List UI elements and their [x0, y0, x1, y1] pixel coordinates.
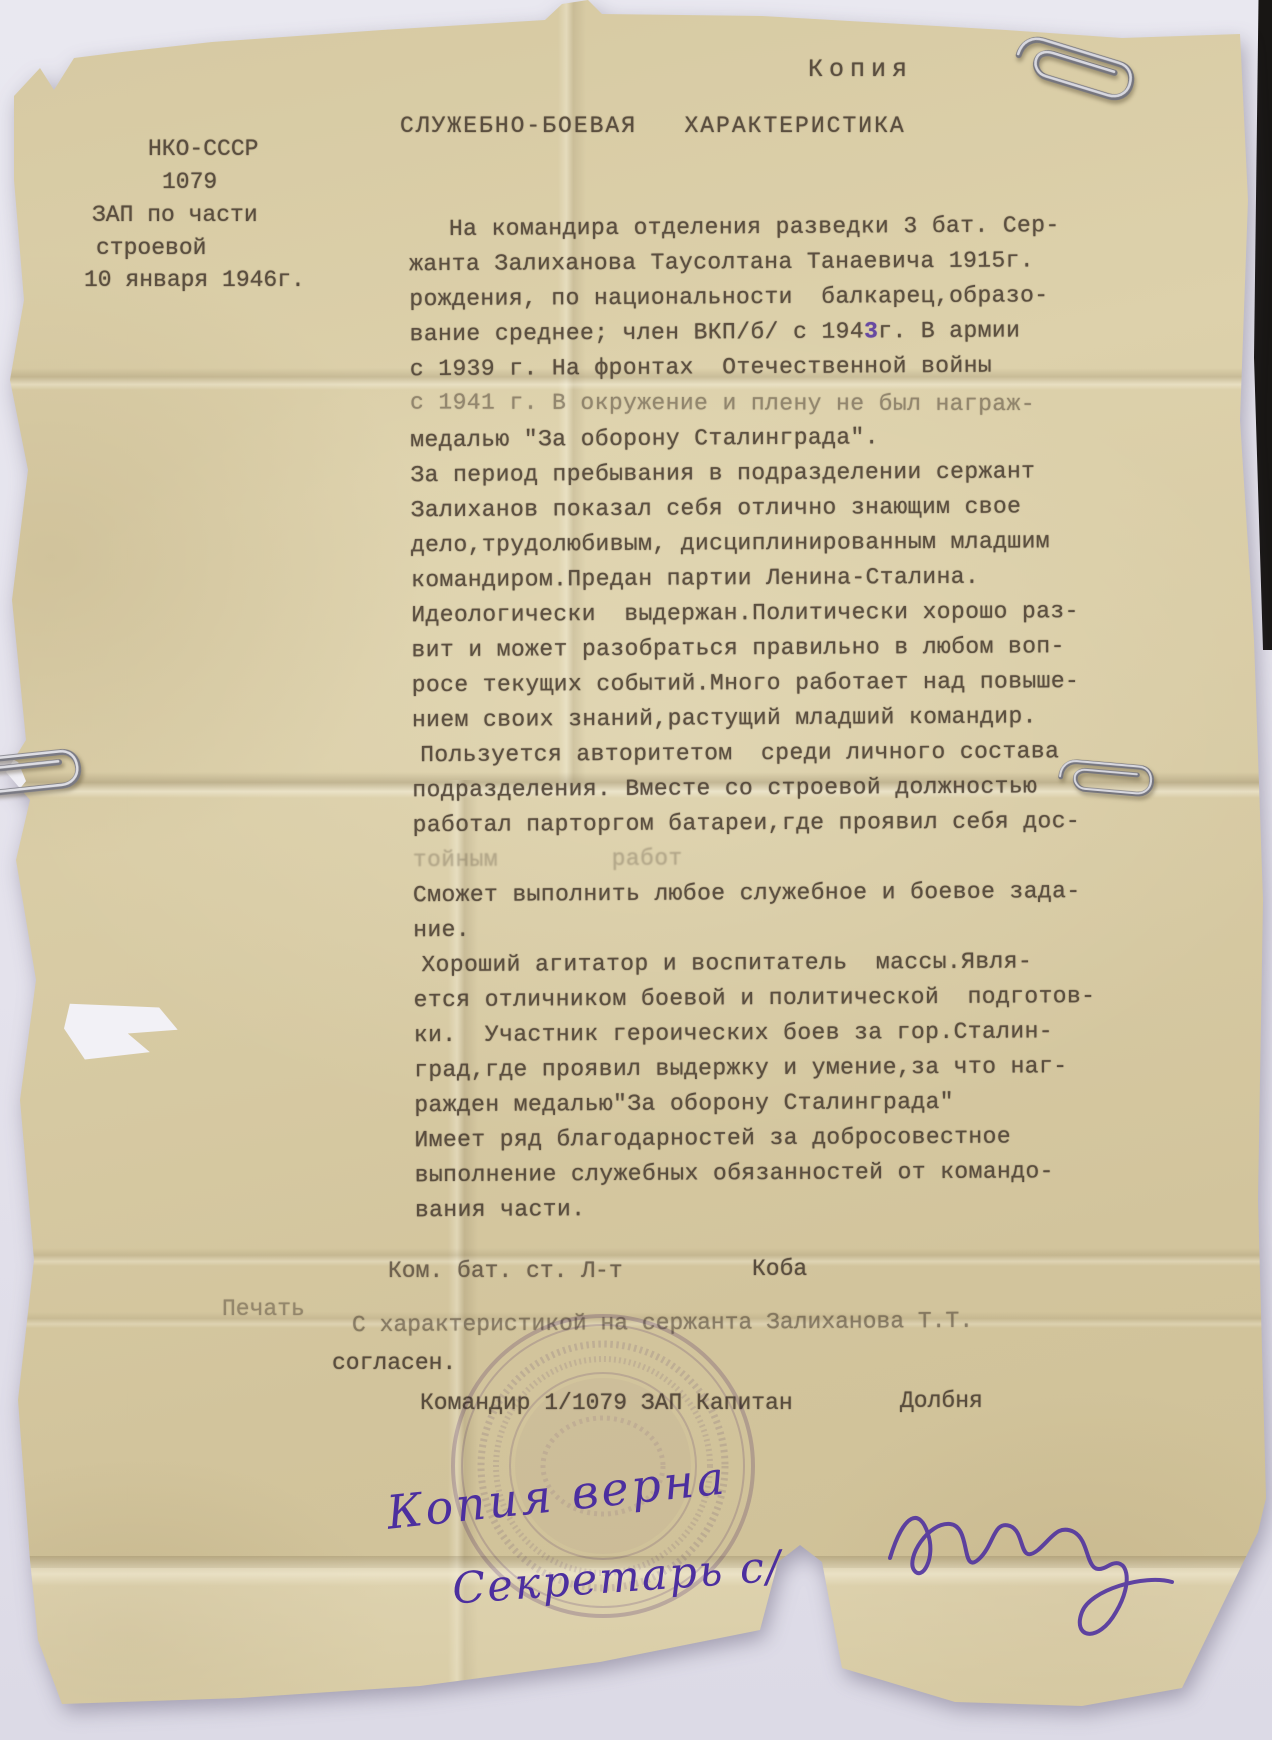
body-line-part: г. В армии [878, 317, 1020, 344]
body-line: нием своих знаний,растущий младший коман… [412, 703, 1037, 733]
document-title: СЛУЖЕБНО-БОЕВАЯ ХАРАКТЕРИСТИКА [400, 113, 906, 139]
copy-label: Копия [808, 55, 913, 84]
letterhead-unit-line: ЗАП по части [92, 202, 258, 228]
body-line: Идеологически выдержан.Политически хорош… [411, 598, 1079, 628]
body-line: вит и может разобраться правильно в любо… [411, 633, 1064, 663]
letterhead-unit-number: 1079 [162, 169, 217, 195]
horizontal-fold-3 [0, 1248, 1272, 1266]
ink-correction-digit: 3 [864, 318, 878, 344]
body-line: вания части. [415, 1196, 586, 1223]
body-line: работал парторгом батареи,где проявил се… [413, 808, 1081, 838]
paper-sheet-wrapper: Копия СЛУЖЕБНО-БОЕВАЯ ХАРАКТЕРИСТИКА НКО… [0, 0, 1272, 1740]
body-line-damaged: тойным работ [413, 846, 683, 874]
body-line: рождения, по национальности балкарец,обр… [409, 282, 1048, 312]
scanned-document-photo: Копия СЛУЖЕБНО-БОЕВАЯ ХАРАКТЕРИСТИКА НКО… [0, 0, 1272, 1740]
body-line: ние. [413, 917, 470, 943]
secretary-signature [876, 1462, 1206, 1652]
body-line: подразделения. Вместе со строевой должно… [412, 773, 1037, 803]
letterhead-org: НКО-СССР [148, 136, 258, 162]
paper-sheet: Копия СЛУЖЕБНО-БОЕВАЯ ХАРАКТЕРИСТИКА НКО… [0, 0, 1272, 1740]
body-line: Залиханов показал себя отлично знающим с… [411, 493, 1022, 523]
letterhead-unit-line2: строевой [96, 235, 206, 261]
body-line: Имеет ряд благодарностей за добросовестн… [414, 1124, 1011, 1154]
body-line: ется отличником боевой и политической по… [414, 983, 1096, 1013]
paperclip-right-edge [1050, 752, 1158, 807]
regiment-commander-name: Долбня [900, 1388, 983, 1414]
paper-tear-lower-left [64, 1000, 180, 1062]
body-line: ки. Участник героических боев за гор.Ста… [414, 1018, 1053, 1048]
body-text-block: На командира отделения разведки 3 бат. С… [409, 212, 1135, 1246]
body-line: с 1939 г. На фронтах Отечественной войны [410, 353, 992, 383]
body-line: На командира отделения разведки 3 бат. С… [409, 212, 1060, 242]
body-line: жанта Залиханова Таусолтана Танаевича 19… [409, 247, 1034, 277]
body-line: За период пребывания в подразделении сер… [410, 458, 1035, 488]
seal-note: Печать [222, 1296, 305, 1322]
body-line: дело,трудолюбивым, дисциплинированным мл… [411, 528, 1050, 558]
body-line: Сможет выполнить любое служебное и боево… [413, 878, 1081, 908]
body-line: росе текущих событий.Много работает над … [412, 668, 1080, 698]
body-line-part: вание среднее; член ВКП/б/ с 194 [410, 318, 865, 347]
battery-commander-title: Ком. бат. ст. Л-т [388, 1258, 623, 1284]
body-line: с 1941 г. В окружение и плену не был наг… [410, 389, 1035, 417]
body-line-with-ink-correction: вание среднее; член ВКП/б/ с 1943г. В ар… [410, 317, 1021, 347]
body-line: ражден медалью"За оборону Сталинграда" [414, 1089, 954, 1118]
letterhead-date: 10 января 1946г. [84, 267, 305, 293]
body-line: Хороший агитатор и воспитатель массы.Явл… [413, 948, 1032, 978]
body-line: медалью "За оборону Сталинграда". [410, 424, 879, 453]
body-line: командиром.Предан партии Ленина-Сталина. [411, 564, 979, 593]
body-line: выполнение служебных обязанностей от ком… [415, 1158, 1054, 1188]
battery-commander-name: Коба [752, 1256, 807, 1282]
body-line: град,где проявил выдержку и умение,за чт… [414, 1053, 1067, 1083]
body-line: Пользуется авторитетом среди личного сос… [412, 738, 1059, 768]
